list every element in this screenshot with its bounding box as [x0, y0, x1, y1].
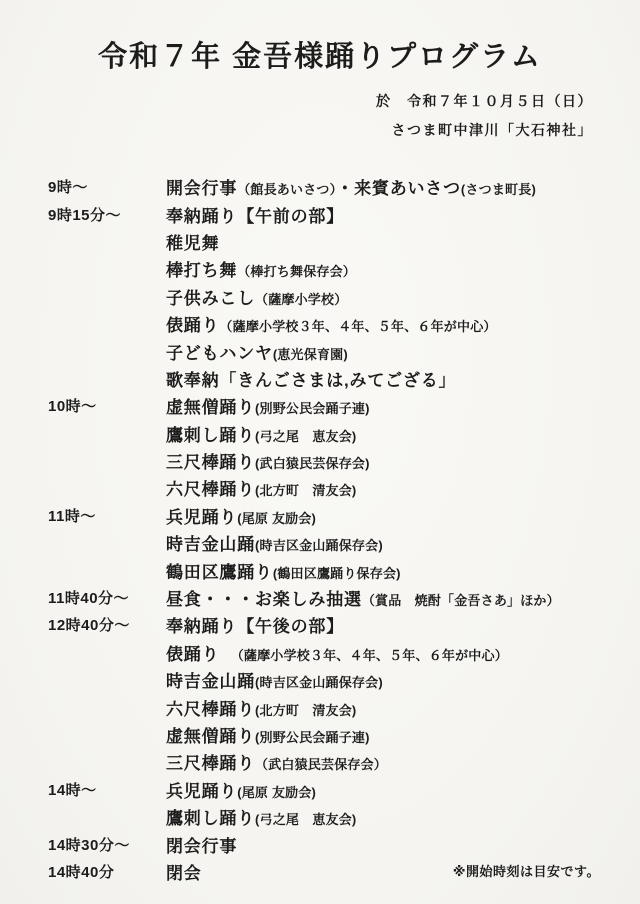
program-event: 三尺棒踊り（武白猿民芸保存会）: [166, 749, 387, 774]
event-detail-text: （賞品 焼酎「金吾さあ」ほか）: [362, 593, 560, 608]
program-time: 9時～: [48, 176, 166, 197]
program-event: 三尺棒踊り(武白猿民芸保存会): [166, 448, 370, 473]
program-time: 11時40分～: [48, 587, 166, 608]
program-time: 12時40分～: [48, 614, 166, 635]
program-event: 昼食・・・お楽しみ抽選（賞品 焼酎「金吾さあ」ほか）: [166, 585, 560, 610]
program-row: 俵踊り （薩摩小学校３年、４年、５年、６年が中心）: [48, 639, 608, 666]
event-detail-text: (別野公民会踊子連): [255, 401, 370, 416]
program-event: 歌奉納「きんごさまは,みてござる」: [166, 366, 456, 391]
event-detail-text: (尾原 友励会): [237, 785, 316, 800]
event-date: 於 令和７年１０月５日（日）: [376, 87, 593, 116]
event-title-text: 虚無僧踊り: [166, 727, 255, 746]
event-title-text: 棒打ち舞: [166, 261, 237, 280]
program-row: 12時40分～ 奉納踊り【午後の部】: [48, 611, 608, 638]
program-row: 三尺棒踊り（武白猿民芸保存会）: [48, 748, 608, 775]
program-schedule: 9時～ 開会行事（館長あいさつ）・来賓あいさつ(さつま町長) 9時15分～ 奉納…: [48, 173, 608, 885]
event-title-text: 兵児踊り: [166, 508, 237, 527]
event-detail-text: (弓之尾 恵友会): [255, 429, 356, 444]
event-title-text: 昼食・・・お楽しみ抽選: [166, 590, 362, 609]
program-time: 14時40分: [48, 861, 166, 882]
program-time: 14時30分～: [48, 834, 166, 855]
program-row: 六尺棒踊り(北方町 清友会): [48, 693, 608, 720]
event-title-text: 稚児舞: [166, 234, 219, 253]
event-detail-text: （棒打ち舞保存会）: [237, 264, 356, 279]
event-detail-text: （薩摩小学校３年、４年、５年、６年が中心）: [219, 319, 496, 334]
event-title-text: 俵踊り: [166, 645, 237, 664]
program-row: 子供みこし（薩摩小学校）: [48, 283, 608, 310]
program-event: 兵児踊り(尾原 友励会): [166, 777, 316, 802]
event-detail-text: (尾原 友励会): [237, 511, 316, 526]
event-detail-text: (武白猿民芸保存会): [255, 456, 370, 471]
event-title-text: 鶴田区鷹踊り: [166, 563, 273, 582]
event-title-text: 奉納踊り【午前の部】: [166, 207, 344, 226]
program-event: 鶴田区鷹踊り(鶴田区鷹踊り保存会): [166, 558, 401, 583]
event-title-text: 虚無僧踊り: [166, 398, 255, 417]
program-row: 鷹刺し踊り(弓之尾 恵友会): [48, 420, 608, 447]
program-time: 11時～: [48, 505, 166, 526]
event-title-text: 六尺棒踊り: [166, 700, 255, 719]
program-row: 鶴田区鷹踊り(鶴田区鷹踊り保存会): [48, 556, 608, 583]
program-event: 開会行事（館長あいさつ）・来賓あいさつ(さつま町長): [166, 174, 536, 199]
program-row: 9時～ 開会行事（館長あいさつ）・来賓あいさつ(さつま町長): [48, 173, 608, 200]
event-detail-text: (北方町 清友会): [255, 703, 356, 718]
page-title: 令和７年 金吾様踊りプログラム: [0, 34, 640, 75]
program-row: 俵踊り（薩摩小学校３年、４年、５年、６年が中心）: [48, 310, 608, 337]
program-row: 11時～ 兵児踊り(尾原 友励会): [48, 502, 608, 529]
program-event: 時吉金山踊(時吉区金山踊保存会): [166, 530, 383, 555]
program-event: 虚無僧踊り(別野公民会踊子連): [166, 722, 370, 747]
event-title-text: 子供みこし: [166, 289, 255, 308]
event-title-text: 兵児踊り: [166, 782, 237, 801]
program-row: 時吉金山踊(時吉区金山踊保存会): [48, 666, 608, 693]
event-title-text: 閉会: [166, 864, 202, 883]
program-row: 11時40分～ 昼食・・・お楽しみ抽選（賞品 焼酎「金吾さあ」ほか）: [48, 584, 608, 611]
program-row: 9時15分～ 奉納踊り【午前の部】: [48, 200, 608, 227]
program-time: 10時～: [48, 395, 166, 416]
event-date-location: 於 令和７年１０月５日（日） さつま町中津川「大石神社」: [376, 87, 593, 145]
footnote: ※開始時刻は目安です。: [453, 858, 600, 885]
event-title-text: 鷹刺し踊り: [166, 809, 255, 828]
event-title-text: 開会行事: [166, 179, 237, 198]
event-detail-text: (別野公民会踊子連): [255, 730, 370, 745]
event-title-text: 子どもハンヤ: [166, 344, 273, 363]
program-event: 俵踊り（薩摩小学校３年、４年、５年、６年が中心）: [166, 311, 497, 336]
program-event: 奉納踊り【午前の部】: [166, 202, 344, 227]
event-title-text: ・来賓あいさつ: [336, 179, 461, 198]
program-row: 歌奉納「きんごさまは,みてござる」: [48, 365, 608, 392]
program-row: 鷹刺し踊り(弓之尾 恵友会): [48, 803, 608, 830]
program-event: 子供みこし（薩摩小学校）: [166, 284, 347, 309]
event-detail-text: (さつま町長): [461, 182, 536, 197]
program-row: 時吉金山踊(時吉区金山踊保存会): [48, 529, 608, 556]
event-title-text: 時吉金山踊: [166, 672, 255, 691]
program-event: 俵踊り （薩摩小学校３年、４年、５年、６年が中心）: [166, 640, 508, 665]
program-event: 六尺棒踊り(北方町 清友会): [166, 475, 356, 500]
event-detail-text: （薩摩小学校３年、４年、５年、６年が中心）: [237, 648, 508, 663]
event-detail-text: （館長あいさつ）: [237, 182, 336, 197]
event-detail-text: (時吉区金山踊保存会): [255, 675, 383, 690]
event-title-text: 六尺棒踊り: [166, 480, 255, 499]
event-title-text: 三尺棒踊り: [166, 453, 255, 472]
program-row: 稚児舞: [48, 228, 608, 255]
program-row: 10時～ 虚無僧踊り(別野公民会踊子連): [48, 392, 608, 419]
program-row: 六尺棒踊り(北方町 清友会): [48, 474, 608, 501]
event-detail-text: (弓之尾 恵友会): [255, 812, 356, 827]
program-document: 令和７年 金吾様踊りプログラム 於 令和７年１０月５日（日） さつま町中津川「大…: [0, 0, 640, 904]
program-event: 閉会: [166, 859, 202, 884]
event-title-text: 鷹刺し踊り: [166, 426, 255, 445]
program-event: 兵児踊り(尾原 友励会): [166, 503, 316, 528]
event-detail-text: （武白猿民芸保存会）: [255, 757, 387, 772]
program-row: 14時～ 兵児踊り(尾原 友励会): [48, 776, 608, 803]
program-event: 虚無僧踊り(別野公民会踊子連): [166, 393, 370, 418]
program-event: 六尺棒踊り(北方町 清友会): [166, 695, 356, 720]
event-title-text: 歌奉納「きんごさまは,みてござる」: [166, 371, 456, 390]
program-time: 14時～: [48, 779, 166, 800]
program-event: 子どもハンヤ(恵光保育園): [166, 339, 348, 364]
event-title-text: 奉納踊り【午後の部】: [166, 617, 344, 636]
program-row: 14時30分～ 閉会行事: [48, 830, 608, 857]
program-event: 時吉金山踊(時吉区金山踊保存会): [166, 667, 383, 692]
program-event: 奉納踊り【午後の部】: [166, 612, 344, 637]
program-row: 子どもハンヤ(恵光保育園): [48, 337, 608, 364]
program-row: 三尺棒踊り(武白猿民芸保存会): [48, 447, 608, 474]
event-detail-text: (時吉区金山踊保存会): [255, 538, 383, 553]
program-row: 虚無僧踊り(別野公民会踊子連): [48, 721, 608, 748]
event-title-text: 時吉金山踊: [166, 535, 255, 554]
event-detail-text: （薩摩小学校）: [255, 292, 347, 307]
event-title-text: 俵踊り: [166, 316, 219, 335]
event-location: さつま町中津川「大石神社」: [376, 116, 593, 145]
event-detail-text: (鶴田区鷹踊り保存会): [273, 566, 401, 581]
event-detail-text: (恵光保育園): [273, 347, 348, 362]
event-detail-text: (北方町 清友会): [255, 483, 356, 498]
program-time: 9時15分～: [48, 204, 166, 225]
program-event: 鷹刺し踊り(弓之尾 恵友会): [166, 804, 356, 829]
event-title-text: 閉会行事: [166, 837, 237, 856]
program-event: 棒打ち舞（棒打ち舞保存会）: [166, 256, 356, 281]
program-event: 閉会行事: [166, 832, 237, 857]
event-title-text: 三尺棒踊り: [166, 754, 255, 773]
program-row: 棒打ち舞（棒打ち舞保存会）: [48, 255, 608, 282]
program-event: 稚児舞: [166, 229, 219, 254]
program-event: 鷹刺し踊り(弓之尾 恵友会): [166, 421, 356, 446]
